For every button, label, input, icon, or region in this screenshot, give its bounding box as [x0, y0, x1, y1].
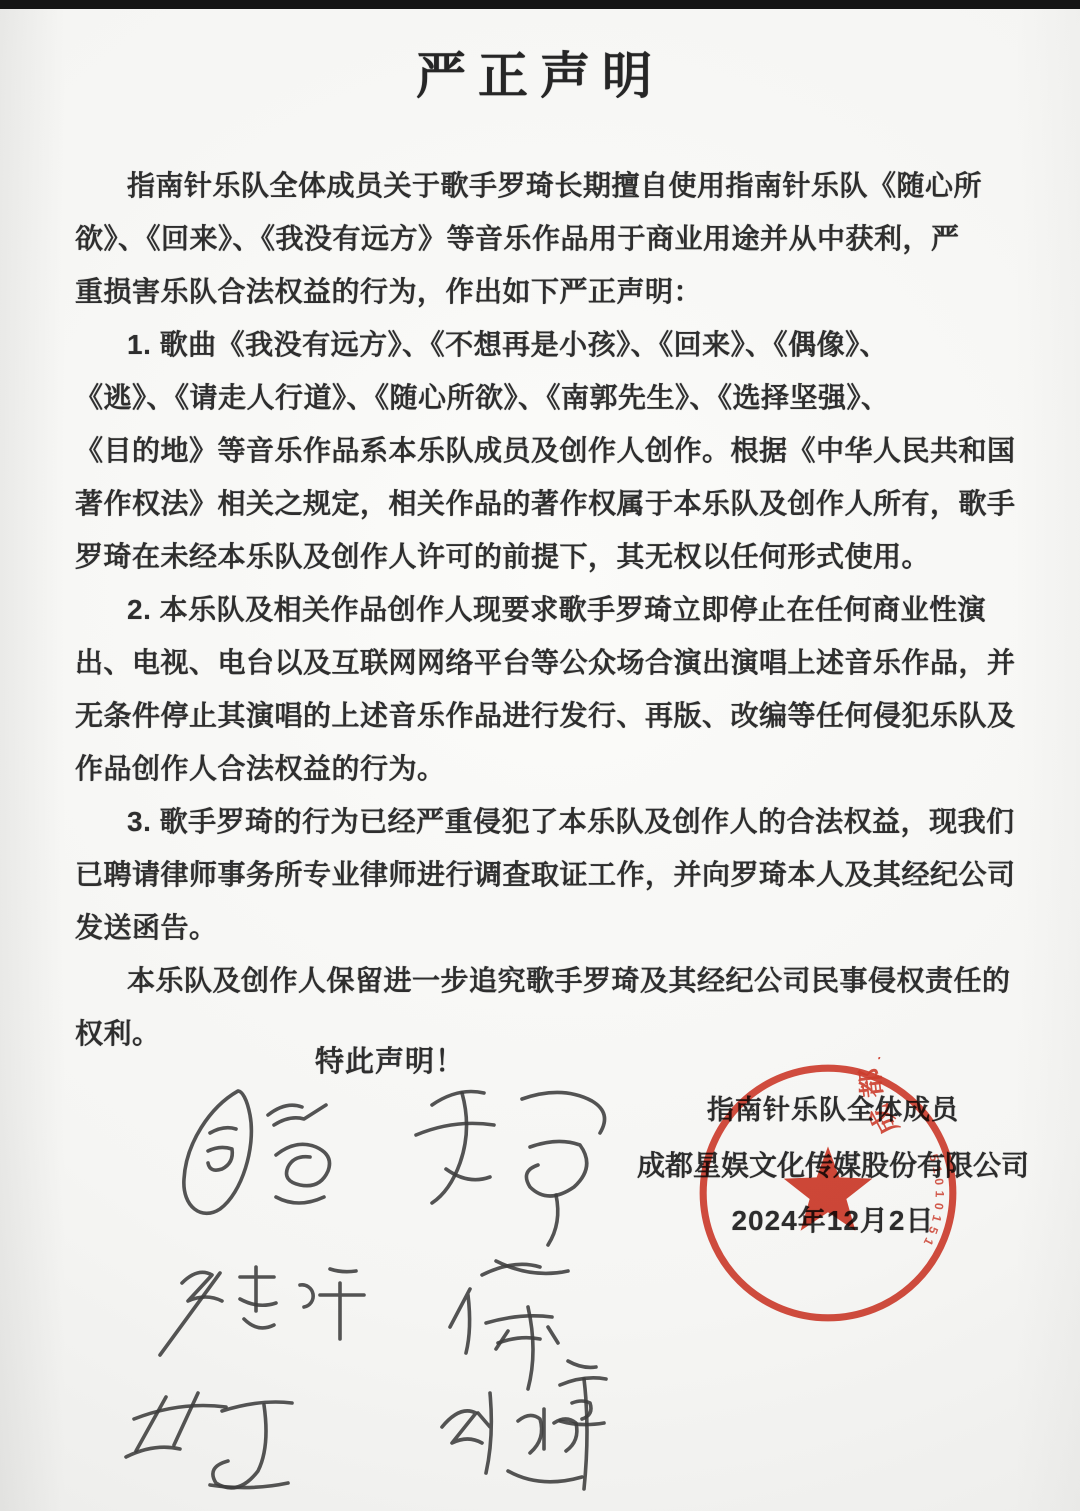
photographed-statement-document: { "colors": { "paper": "#f8f8f6", "ink":… — [0, 0, 1080, 1511]
body-line: 发送函告。 — [75, 901, 1020, 954]
body-line: 本乐队及创作人保留进一步追究歌手罗琦及其经纪公司民事侵权责任的 — [75, 954, 1020, 1007]
body-line: 指南针乐队全体成员关于歌手罗琦长期擅自使用指南针乐队《随心所 — [75, 159, 1020, 212]
signature-6 — [420, 1349, 615, 1511]
body-line: 3. 歌手罗琦的行为已经严重侵犯了本乐队及创作人的合法权益，现我们 — [75, 795, 1020, 848]
body-line: 1. 歌曲《我没有远方》、《不想再是小孩》、《回来》、《偶像》、 — [75, 318, 1020, 371]
body-line: 《目的地》等音乐作品系本乐队成员及创作人创作。根据《中华人民共和国 — [75, 424, 1020, 477]
body-line: 已聘请律师事务所专业律师进行调查取证工作，并向罗琦本人及其经纪公司 — [75, 848, 1020, 901]
photo-top-edge-bar — [0, 0, 1080, 9]
body-line: 著作权法》相关之规定，相关作品的著作权属于本乐队及创作人所有，歌手 — [75, 477, 1020, 530]
signature-3 — [148, 1255, 368, 1373]
body-line: 《逃》、《请走人行道》、《随心所欲》、《南郭先生》、《选择坚强》、 — [75, 371, 1020, 424]
paper-sheet: 严正声明 指南针乐队全体成员关于歌手罗琦长期擅自使用指南针乐队《随心所 欲》、《… — [0, 9, 1080, 1511]
body-line: 权利。 — [75, 1007, 1020, 1060]
closing-declaration: 特此声明！ — [315, 1039, 465, 1080]
body-line: 作品创作人合法权益的行为。 — [75, 742, 1020, 795]
signature-5 — [118, 1377, 313, 1499]
body-line: 欲》、《回来》、《我没有远方》等音乐作品用于商业用途并从中获利，严 — [75, 212, 1020, 265]
body-line: 重损害乐队合法权益的行为，作出如下严正声明： — [75, 265, 1020, 318]
signature-1 — [172, 1081, 357, 1231]
body-line: 出、电视、电台以及互联网网络平台等公众场合演出演唱上述音乐作品，并 — [75, 636, 1020, 689]
statement-body: 指南针乐队全体成员关于歌手罗琦长期擅自使用指南针乐队《随心所 欲》、《回来》、《… — [75, 159, 1020, 1060]
body-line: 2. 本乐队及相关作品创作人现要求歌手罗琦立即停止在任何商业性演 — [75, 583, 1020, 636]
signature-2 — [398, 1077, 633, 1252]
page-title: 严正声明 — [0, 36, 1080, 108]
seal-star-icon — [784, 1146, 873, 1230]
company-seal-stamp: 成都星娱文化传媒股份有限公司 51010151 — [692, 1057, 964, 1329]
body-line: 无条件停止其演唱的上述音乐作品进行发行、再版、改编等任何侵犯乐队及 — [75, 689, 1020, 742]
body-line: 罗琦在未经本乐队及创作人许可的前提下，其无权以任何形式使用。 — [75, 530, 1020, 583]
